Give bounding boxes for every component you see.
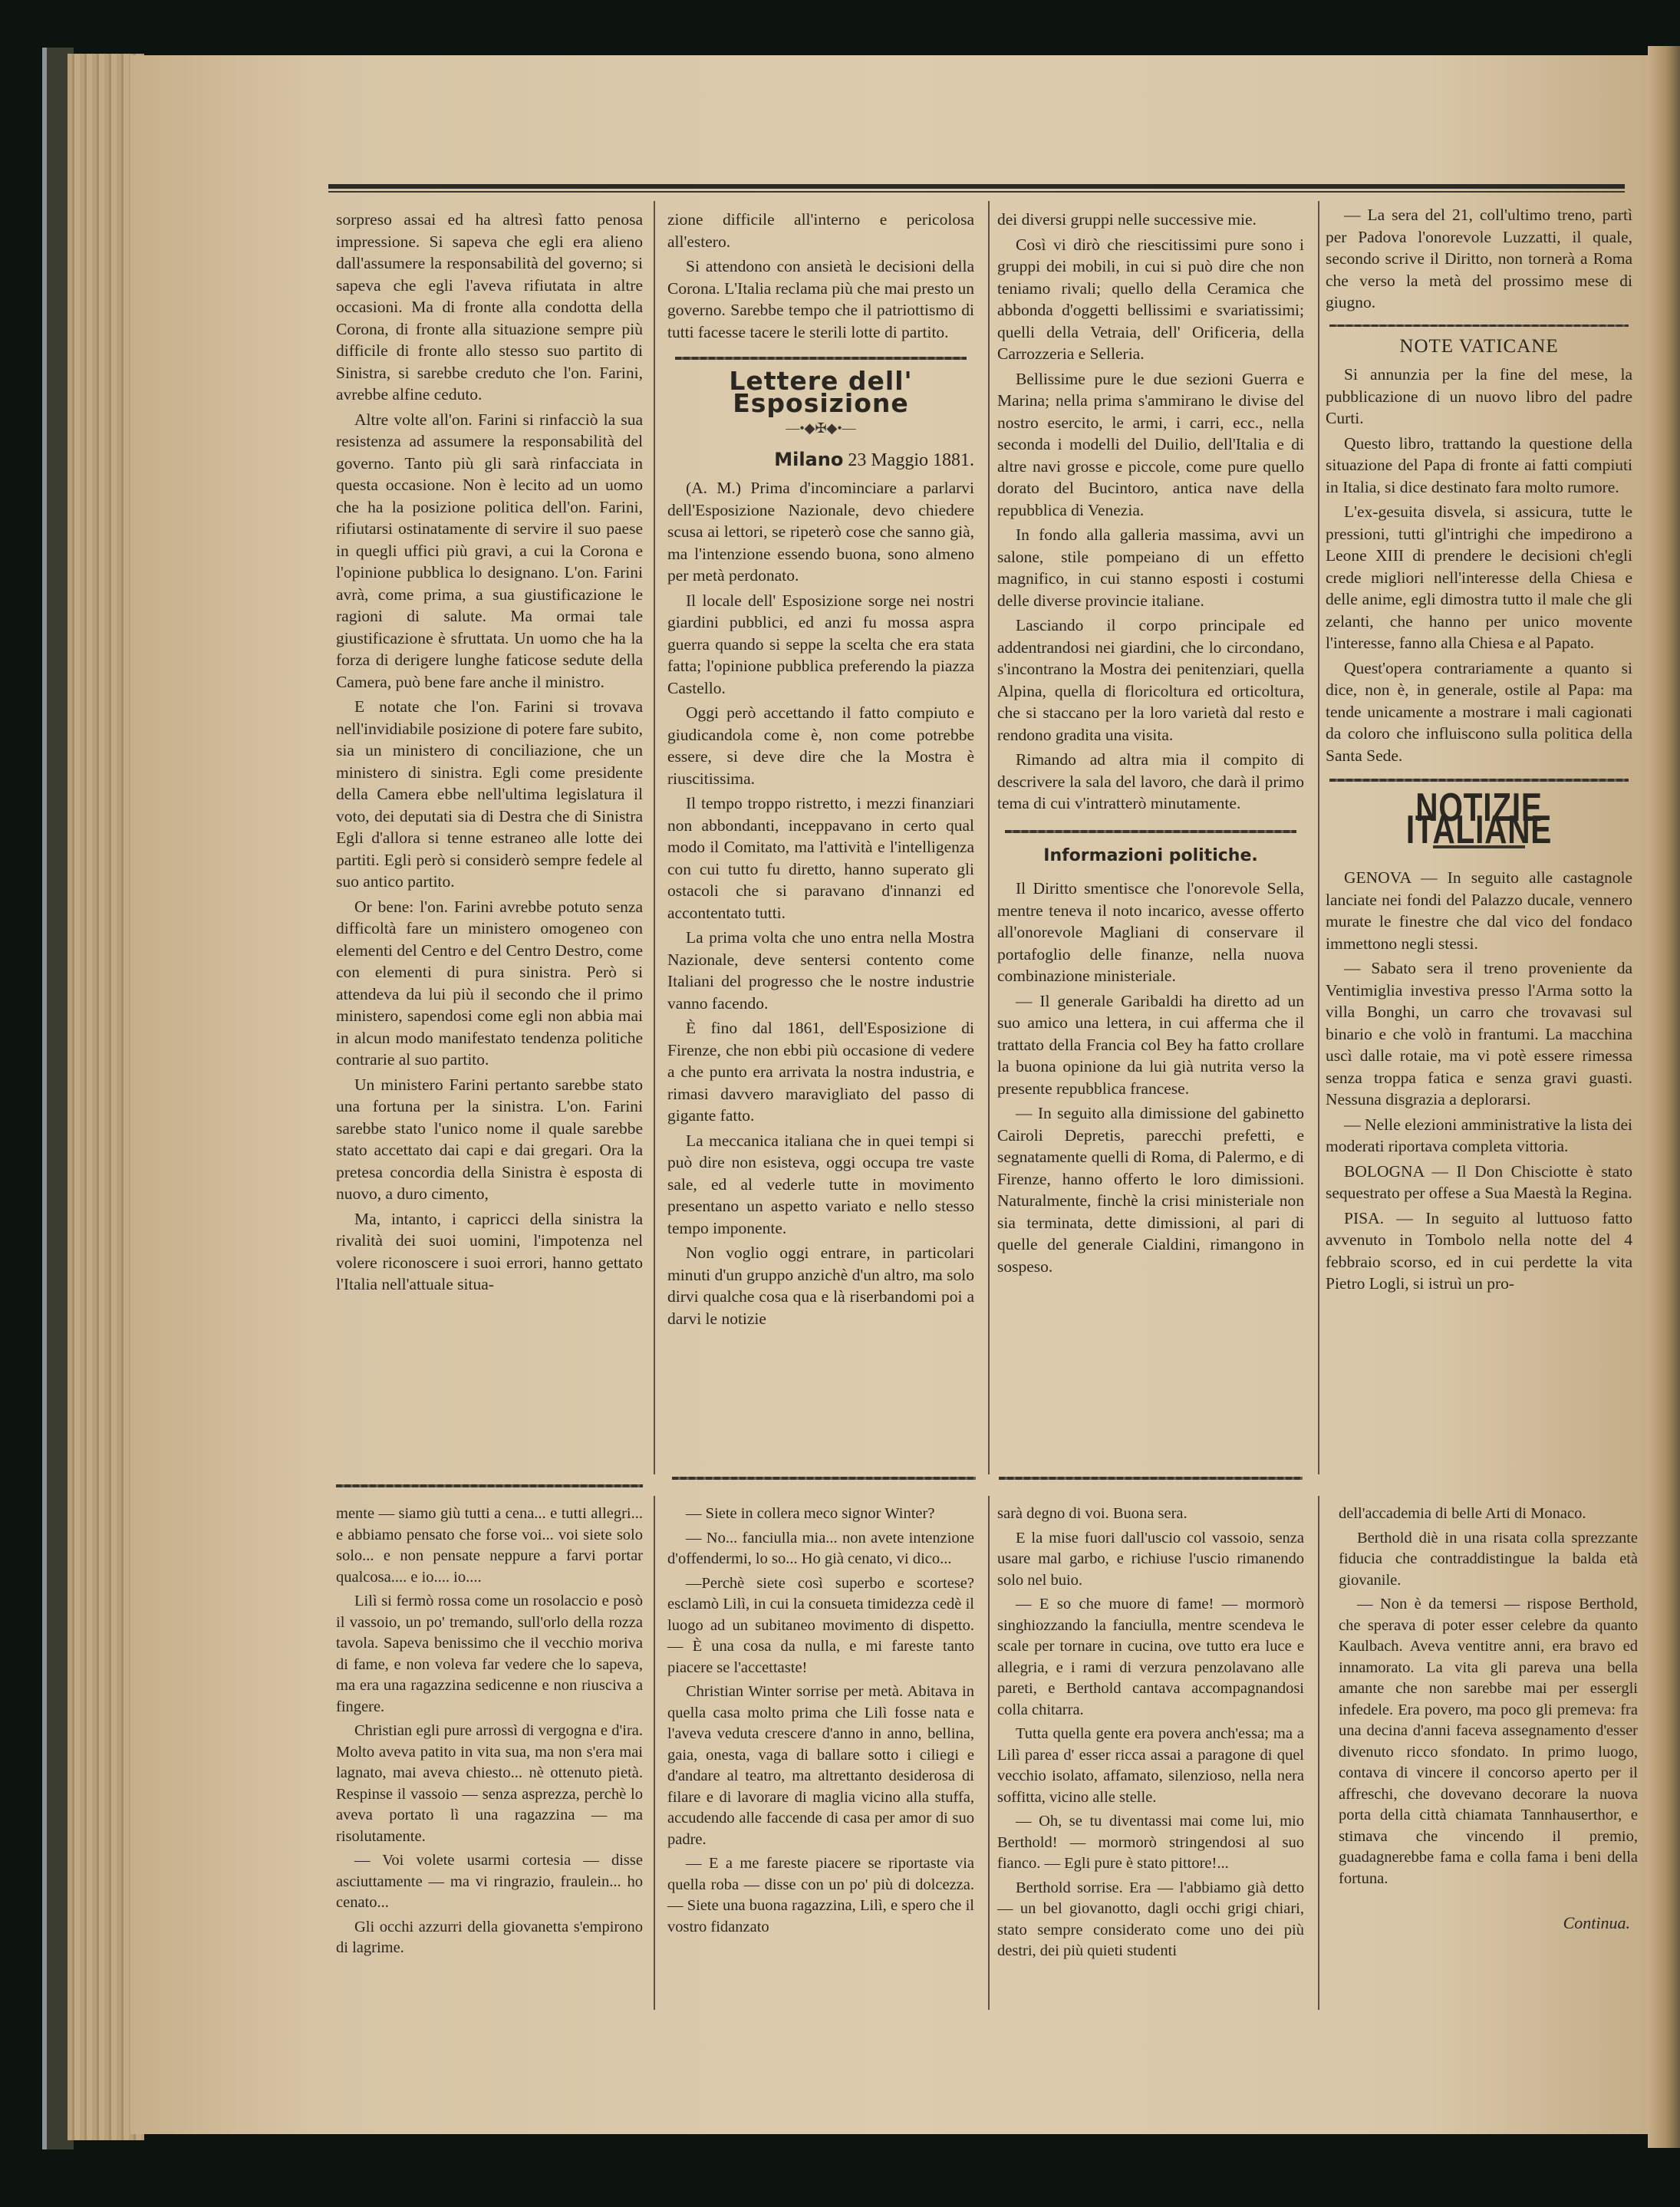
paragraph: BOLOGNA — Il Don Chisciotte è stato sequ… xyxy=(1326,1161,1632,1204)
paragraph: Or bene: l'on. Farini avrebbe potuto sen… xyxy=(336,896,643,1071)
feuilleton-rule xyxy=(672,1477,976,1480)
paragraph: Berthold diè in una risata colla sprezza… xyxy=(1339,1528,1638,1592)
paragraph: Altre volte all'on. Farini si rinfacciò … xyxy=(336,409,643,693)
paragraph: Il tempo troppo ristretto, i mezzi finan… xyxy=(667,792,974,924)
paragraph: Il locale dell' Esposizione sorge nei no… xyxy=(667,590,974,700)
paragraph: Oggi però accettando il fatto compiuto e… xyxy=(667,702,974,789)
paragraph: In fondo alla galleria massima, avvi un … xyxy=(997,524,1304,611)
paragraph: La prima volta che uno entra nella Mostr… xyxy=(667,927,974,1014)
paragraph: La meccanica italiana che in quei tempi … xyxy=(667,1130,974,1240)
feuilleton-col-2: — Siete in collera meco signor Winter? —… xyxy=(667,1504,974,1941)
paragraph: — Oh, se tu diventassi mai come lui, mio… xyxy=(997,1811,1304,1875)
paragraph: Il Diritto smentisce che l'onorevole Sel… xyxy=(997,878,1304,987)
lettere-headline: Lettere dell' Esposizione xyxy=(667,371,974,414)
paragraph: — E so che muore di fame! — mormorò sing… xyxy=(997,1594,1304,1721)
paragraph: Gli occhi azzurri della giovanetta s'emp… xyxy=(336,1917,643,1959)
column-2: zione difficile all'interno e pericolosa… xyxy=(667,209,974,1332)
paragraph: Così vi dirò che riescitissimi pure sono… xyxy=(997,234,1304,365)
paragraph: — Sabato sera il treno proveniente da Ve… xyxy=(1326,957,1632,1111)
paragraph: Rimando ad altra mia il compito di descr… xyxy=(997,749,1304,815)
column-divider xyxy=(988,1496,990,2010)
ornament-divider: —•◆✠◆•— xyxy=(667,417,974,440)
feuilleton-col-3: sarà degno di voi. Buona sera. E la mise… xyxy=(997,1504,1304,1965)
paragraph: Berthold sorrise. Era — l'abbiamo già de… xyxy=(997,1878,1304,1962)
note-vaticane-headline: NOTE VATICANE xyxy=(1326,336,1632,358)
paragraph: — E a me fareste piacere se riportaste v… xyxy=(667,1853,974,1938)
dateline-date: 23 Maggio 1881. xyxy=(848,450,974,470)
paragraph: Non voglio oggi entrare, in particolari … xyxy=(667,1242,974,1329)
paragraph: Bellissime pure le due sezioni Guerra e … xyxy=(997,368,1304,522)
section-rule xyxy=(1005,830,1296,833)
column-3: dei diversi gruppi nelle successive mie.… xyxy=(997,209,1304,1280)
section-rule xyxy=(1329,324,1629,327)
paragraph: Christian egli pure arrossì di vergogna … xyxy=(336,1721,643,1847)
paragraph: Quest'opera contrariamente a quanto si d… xyxy=(1326,657,1632,767)
paragraph: Si attendono con ansietà le decisioni de… xyxy=(667,255,974,343)
column-4: — La sera del 21, coll'ultimo treno, par… xyxy=(1326,204,1632,1298)
informazioni-headline: Informazioni politiche. xyxy=(997,845,1304,868)
column-divider xyxy=(654,1496,655,2010)
paragraph: GENOVA — In seguito alle castagnole lanc… xyxy=(1326,867,1632,954)
paragraph: Questo libro, trattando la questione del… xyxy=(1326,433,1632,499)
article-farini: sorpreso assai ed ha altresì fatto penos… xyxy=(336,209,643,1299)
dateline: Milano 23 Maggio 1881. xyxy=(667,449,974,472)
paragraph: — Nelle elezioni amministrative la lista… xyxy=(1326,1114,1632,1158)
paragraph: — Voi volete usarmi cortesia — disse asc… xyxy=(336,1850,643,1914)
paragraph: zione difficile all'interno e pericolosa… xyxy=(667,209,974,252)
paragraph: Si annunzia per la fine del mese, la pub… xyxy=(1326,364,1632,430)
column-divider xyxy=(654,201,655,1474)
continua-note: Continua. xyxy=(1339,1912,1638,1934)
paragraph: dei diversi gruppi nelle successive mie. xyxy=(997,209,1304,231)
section-rule xyxy=(675,357,967,360)
paragraph: dell'accademia di belle Arti di Monaco. xyxy=(1339,1504,1638,1525)
feuilleton-rule xyxy=(336,1484,643,1487)
right-page-edge xyxy=(1648,46,1680,2148)
paragraph: — Siete in collera meco signor Winter? xyxy=(667,1504,974,1525)
paragraph: Lasciando il corpo principale ed addentr… xyxy=(997,614,1304,746)
column-divider xyxy=(1318,201,1319,1474)
paragraph: E notate che l'on. Farini si trovava nel… xyxy=(336,696,643,893)
paragraph: mente — siamo giù tutti a cena... e tutt… xyxy=(336,1504,643,1588)
paragraph: Tutta quella gente era povera anch'essa;… xyxy=(997,1724,1304,1808)
notizie-italiane-headline: NOTIZIE ITALIANE xyxy=(1359,797,1599,841)
paragraph: —Perchè siete così superbo e scortese? e… xyxy=(667,1573,974,1679)
paragraph: È fino dal 1861, dell'Esposizione di Fir… xyxy=(667,1017,974,1127)
column-divider xyxy=(1318,1496,1319,2010)
paragraph: PISA. — In seguito al luttuoso fatto avv… xyxy=(1326,1207,1632,1295)
header-rule-thin xyxy=(328,191,1625,193)
paragraph: — La sera del 21, coll'ultimo treno, par… xyxy=(1326,204,1632,314)
paragraph: — Non è da temersi — rispose Berthold, c… xyxy=(1339,1594,1638,1889)
paragraph: — Il generale Garibaldi ha diretto ad un… xyxy=(997,990,1304,1100)
header-rule xyxy=(328,184,1625,189)
paragraph: — In seguito alla dimissione del gabinet… xyxy=(997,1102,1304,1277)
paragraph: sarà degno di voi. Buona sera. xyxy=(997,1504,1304,1525)
section-rule xyxy=(1329,779,1629,782)
paragraph: Christian Winter sorrise per metà. Abita… xyxy=(667,1682,974,1850)
paragraph: L'ex-gesuita disvela, si assicura, tutte… xyxy=(1326,501,1632,654)
feuilleton-rule xyxy=(999,1477,1303,1480)
paragraph: sorpreso assai ed ha altresì fatto penos… xyxy=(336,209,643,406)
paragraph: — No... fanciulla mia... non avete inten… xyxy=(667,1528,974,1570)
feuilleton-col-4: dell'accademia di belle Arti di Monaco. … xyxy=(1339,1504,1638,1934)
column-divider xyxy=(988,201,990,1474)
paragraph: E la mise fuori dall'uscio col vassoio, … xyxy=(997,1528,1304,1592)
paragraph: Ma, intanto, i capricci della sinistra l… xyxy=(336,1208,643,1296)
feuilleton-col-1: mente — siamo giù tutti a cena... e tutt… xyxy=(336,1504,643,1962)
dateline-city: Milano xyxy=(774,449,843,470)
paragraph: Un ministero Farini pertanto sarebbe sta… xyxy=(336,1074,643,1205)
paragraph: (A. M.) Prima d'incominciare a parlarvi … xyxy=(667,477,974,587)
paragraph: Lilì si fermò rossa come un rosolaccio e… xyxy=(336,1591,643,1718)
